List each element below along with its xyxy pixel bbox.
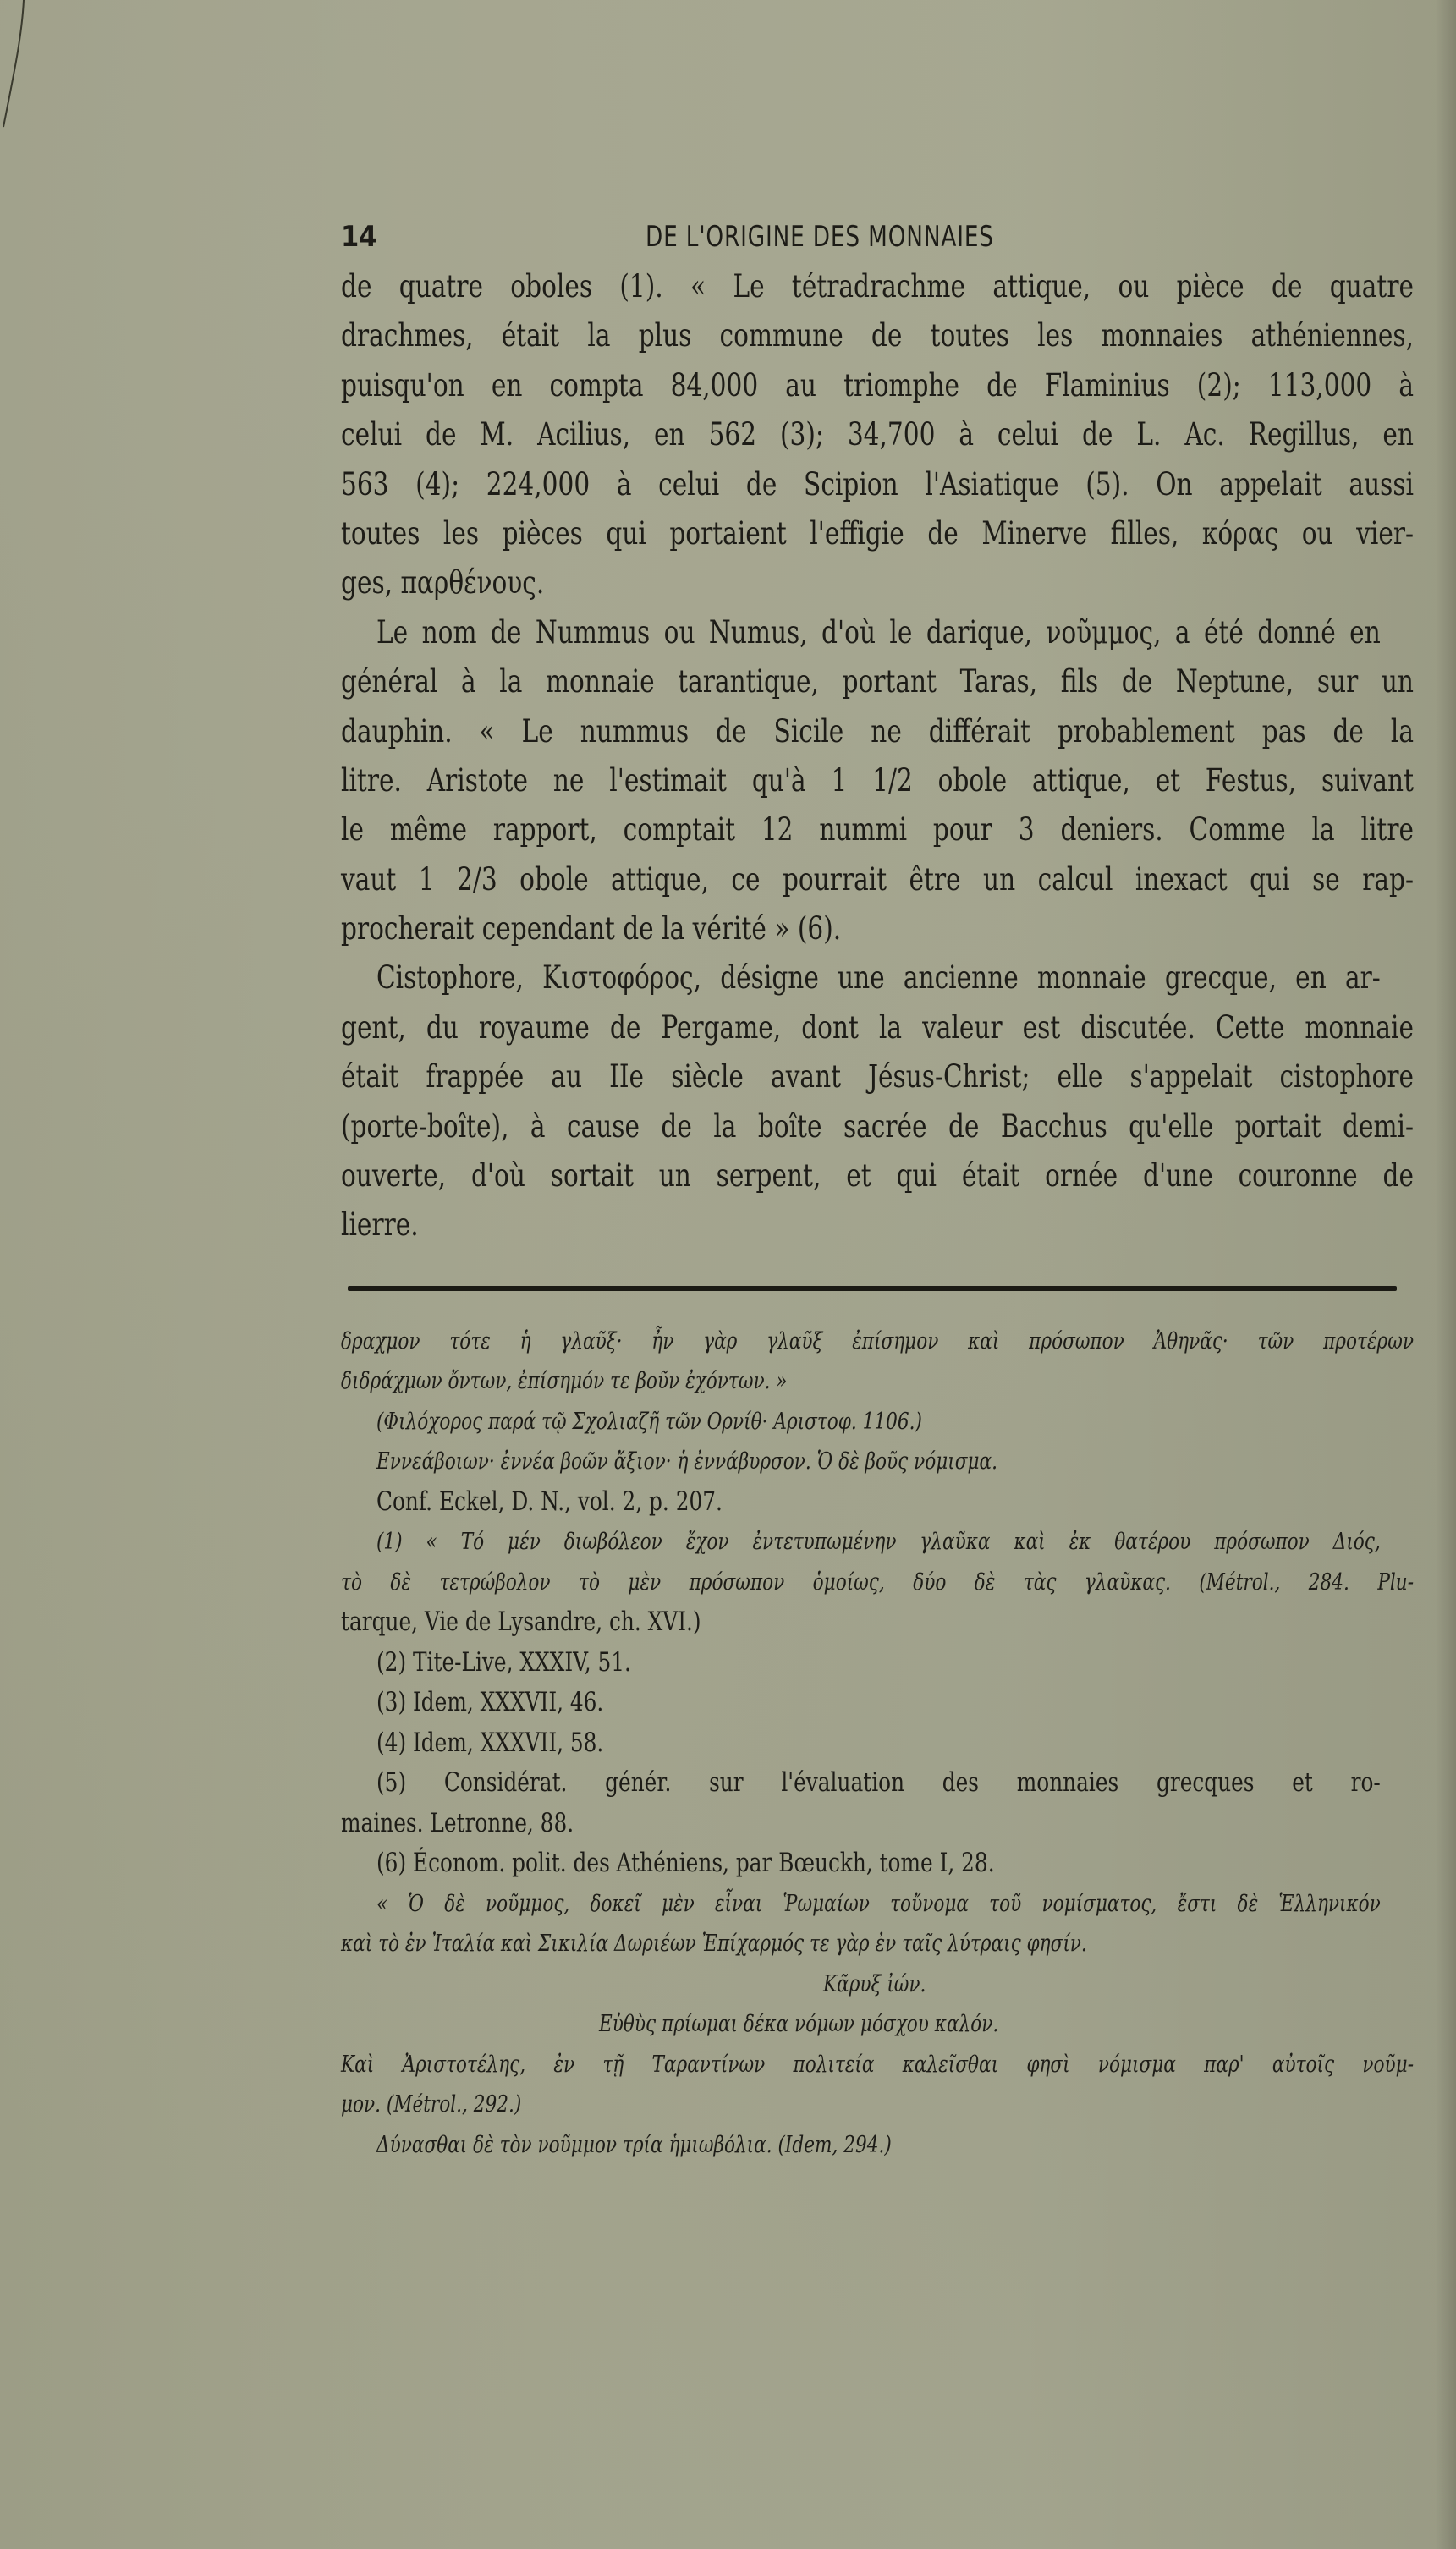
footnote-line: διδράχμων ὄντων, ἐπίσημόν τε βοῦν ἐχόντω… — [341, 1361, 1414, 1402]
footnotes: δραχμον τότε ἡ γλαῦξ· ἦν γὰρ γλαῦξ ἐπίση… — [341, 1321, 1414, 2166]
text-line: litre. Aristote ne l'estimait qu'à 1 1/2… — [341, 756, 1414, 805]
footnote-line: Δύνασθαι δὲ τὸν νοῦμμον τρία ἡμιωβόλια. … — [341, 2125, 1414, 2166]
footnote-line: maines. Letronne, 88. — [341, 1804, 1414, 1844]
page-crease-mark — [0, 0, 25, 135]
text-line: général à la monnaie tarantique, portant… — [341, 657, 1414, 706]
footnote-line: Καὶ Ἀριστοτέλης, ἐν τῇ Ταραντίνων πολιτε… — [341, 2045, 1414, 2085]
text-line: (porte-boîte), à cause de la boîte sacré… — [341, 1102, 1414, 1151]
text-line: procherait cependant de la vérité » (6). — [341, 904, 1414, 953]
footnote-separator-rule — [348, 1286, 1397, 1291]
footnote-5: (5) Considérat. génér. sur l'évaluation … — [341, 1763, 1414, 1804]
footnote-line: δραχμον τότε ἡ γλαῦξ· ἦν γὰρ γλαῦξ ἐπίση… — [341, 1321, 1414, 1362]
footnote-verse: Εὐθὺς πρίωμαι δέκα νόμων μόσχου καλόν. — [341, 2004, 1414, 2045]
text-line: ouverte, d'où sortait un serpent, et qui… — [341, 1151, 1414, 1200]
main-text: de quatre oboles (1). « Le tétradrachme … — [341, 262, 1414, 1250]
text-line: vaut 1 2/3 obole attique, ce pourrait êt… — [341, 855, 1414, 904]
text-line: ges, παρθένους. — [341, 558, 1414, 607]
page-number: 14 — [341, 220, 377, 254]
text-line: le même rapport, comptait 12 nummi pour … — [341, 805, 1414, 854]
footnote-line: Conf. Eckel, D. N., vol. 2, p. 207. — [341, 1482, 1414, 1523]
text-line: toutes les pièces qui portaient l'effigi… — [341, 509, 1414, 558]
footnote-line: « Ὁ δὲ νοῦμμος, δοκεῖ μὲν εἶναι Ῥωμαίων … — [341, 1884, 1414, 1925]
running-title: DE L'ORIGINE DES MONNAIES — [646, 220, 994, 254]
footnote-verse: Κᾶρυξ ἰών. — [341, 1964, 1414, 2005]
footnote-4: (4) Idem, XXXVII, 58. — [341, 1723, 1414, 1764]
footnote-line: καὶ τὸ ἐν Ἰταλία καὶ Σικιλία Δωριέων Ἐπί… — [341, 1924, 1414, 1964]
footnote-line: Εννεάβοιων· ἐννέα βοῶν ἄξιον· ἡ ἐννάβυρσ… — [341, 1442, 1414, 1482]
text-line: était frappée au IIe siècle avant Jésus-… — [341, 1052, 1414, 1101]
book-page: 14 DE L'ORIGINE DES MONNAIES de quatre o… — [341, 212, 1414, 2165]
paragraph-cistophore-start: Cistophore, Κιστοφόρος, désigne une anci… — [341, 953, 1414, 1003]
text-line: lierre. — [341, 1200, 1414, 1250]
page-edge-shadow — [1436, 0, 1456, 2549]
text-line: puisqu'on en compta 84,000 au triomphe d… — [341, 361, 1414, 410]
paragraph-nummus-start: Le nom de Nummus ou Numus, d'où le dariq… — [341, 608, 1414, 657]
running-head: 14 DE L'ORIGINE DES MONNAIES — [341, 212, 1414, 262]
text-line: 563 (4); 224,000 à celui de Scipion l'As… — [341, 460, 1414, 509]
footnote-6: (6) Économ. polit. des Athéniens, par Bœ… — [341, 1843, 1414, 1884]
footnote-line: τὸ δὲ τετρώβολον τὸ μὲν πρόσωπον ὁμοίως,… — [341, 1563, 1414, 1603]
text-line: de quatre oboles (1). « Le tétradrachme … — [341, 262, 1414, 311]
text-line: drachmes, était la plus commune de toute… — [341, 311, 1414, 360]
text-line: gent, du royaume de Pergame, dont la val… — [341, 1003, 1414, 1052]
footnote-2: (2) Tite-Live, XXXIV, 51. — [341, 1643, 1414, 1684]
footnote-line: μον. (Métrol., 292.) — [341, 2085, 1414, 2125]
footnote-line: (Φιλόχορος παρά τῷ Σχολιαζῆ τῶν Ορνίθ· Α… — [341, 1402, 1414, 1442]
text-line: dauphin. « Le nummus de Sicile ne différ… — [341, 707, 1414, 756]
text-line: celui de M. Acilius, en 562 (3); 34,700 … — [341, 410, 1414, 459]
footnote-line: tarque, Vie de Lysandre, ch. XVI.) — [341, 1602, 1414, 1643]
footnote-3: (3) Idem, XXXVII, 46. — [341, 1683, 1414, 1723]
footnote-1: (1) « Τό μέν διωβόλεον ἔχον ἐντετυπωμένη… — [341, 1522, 1414, 1563]
